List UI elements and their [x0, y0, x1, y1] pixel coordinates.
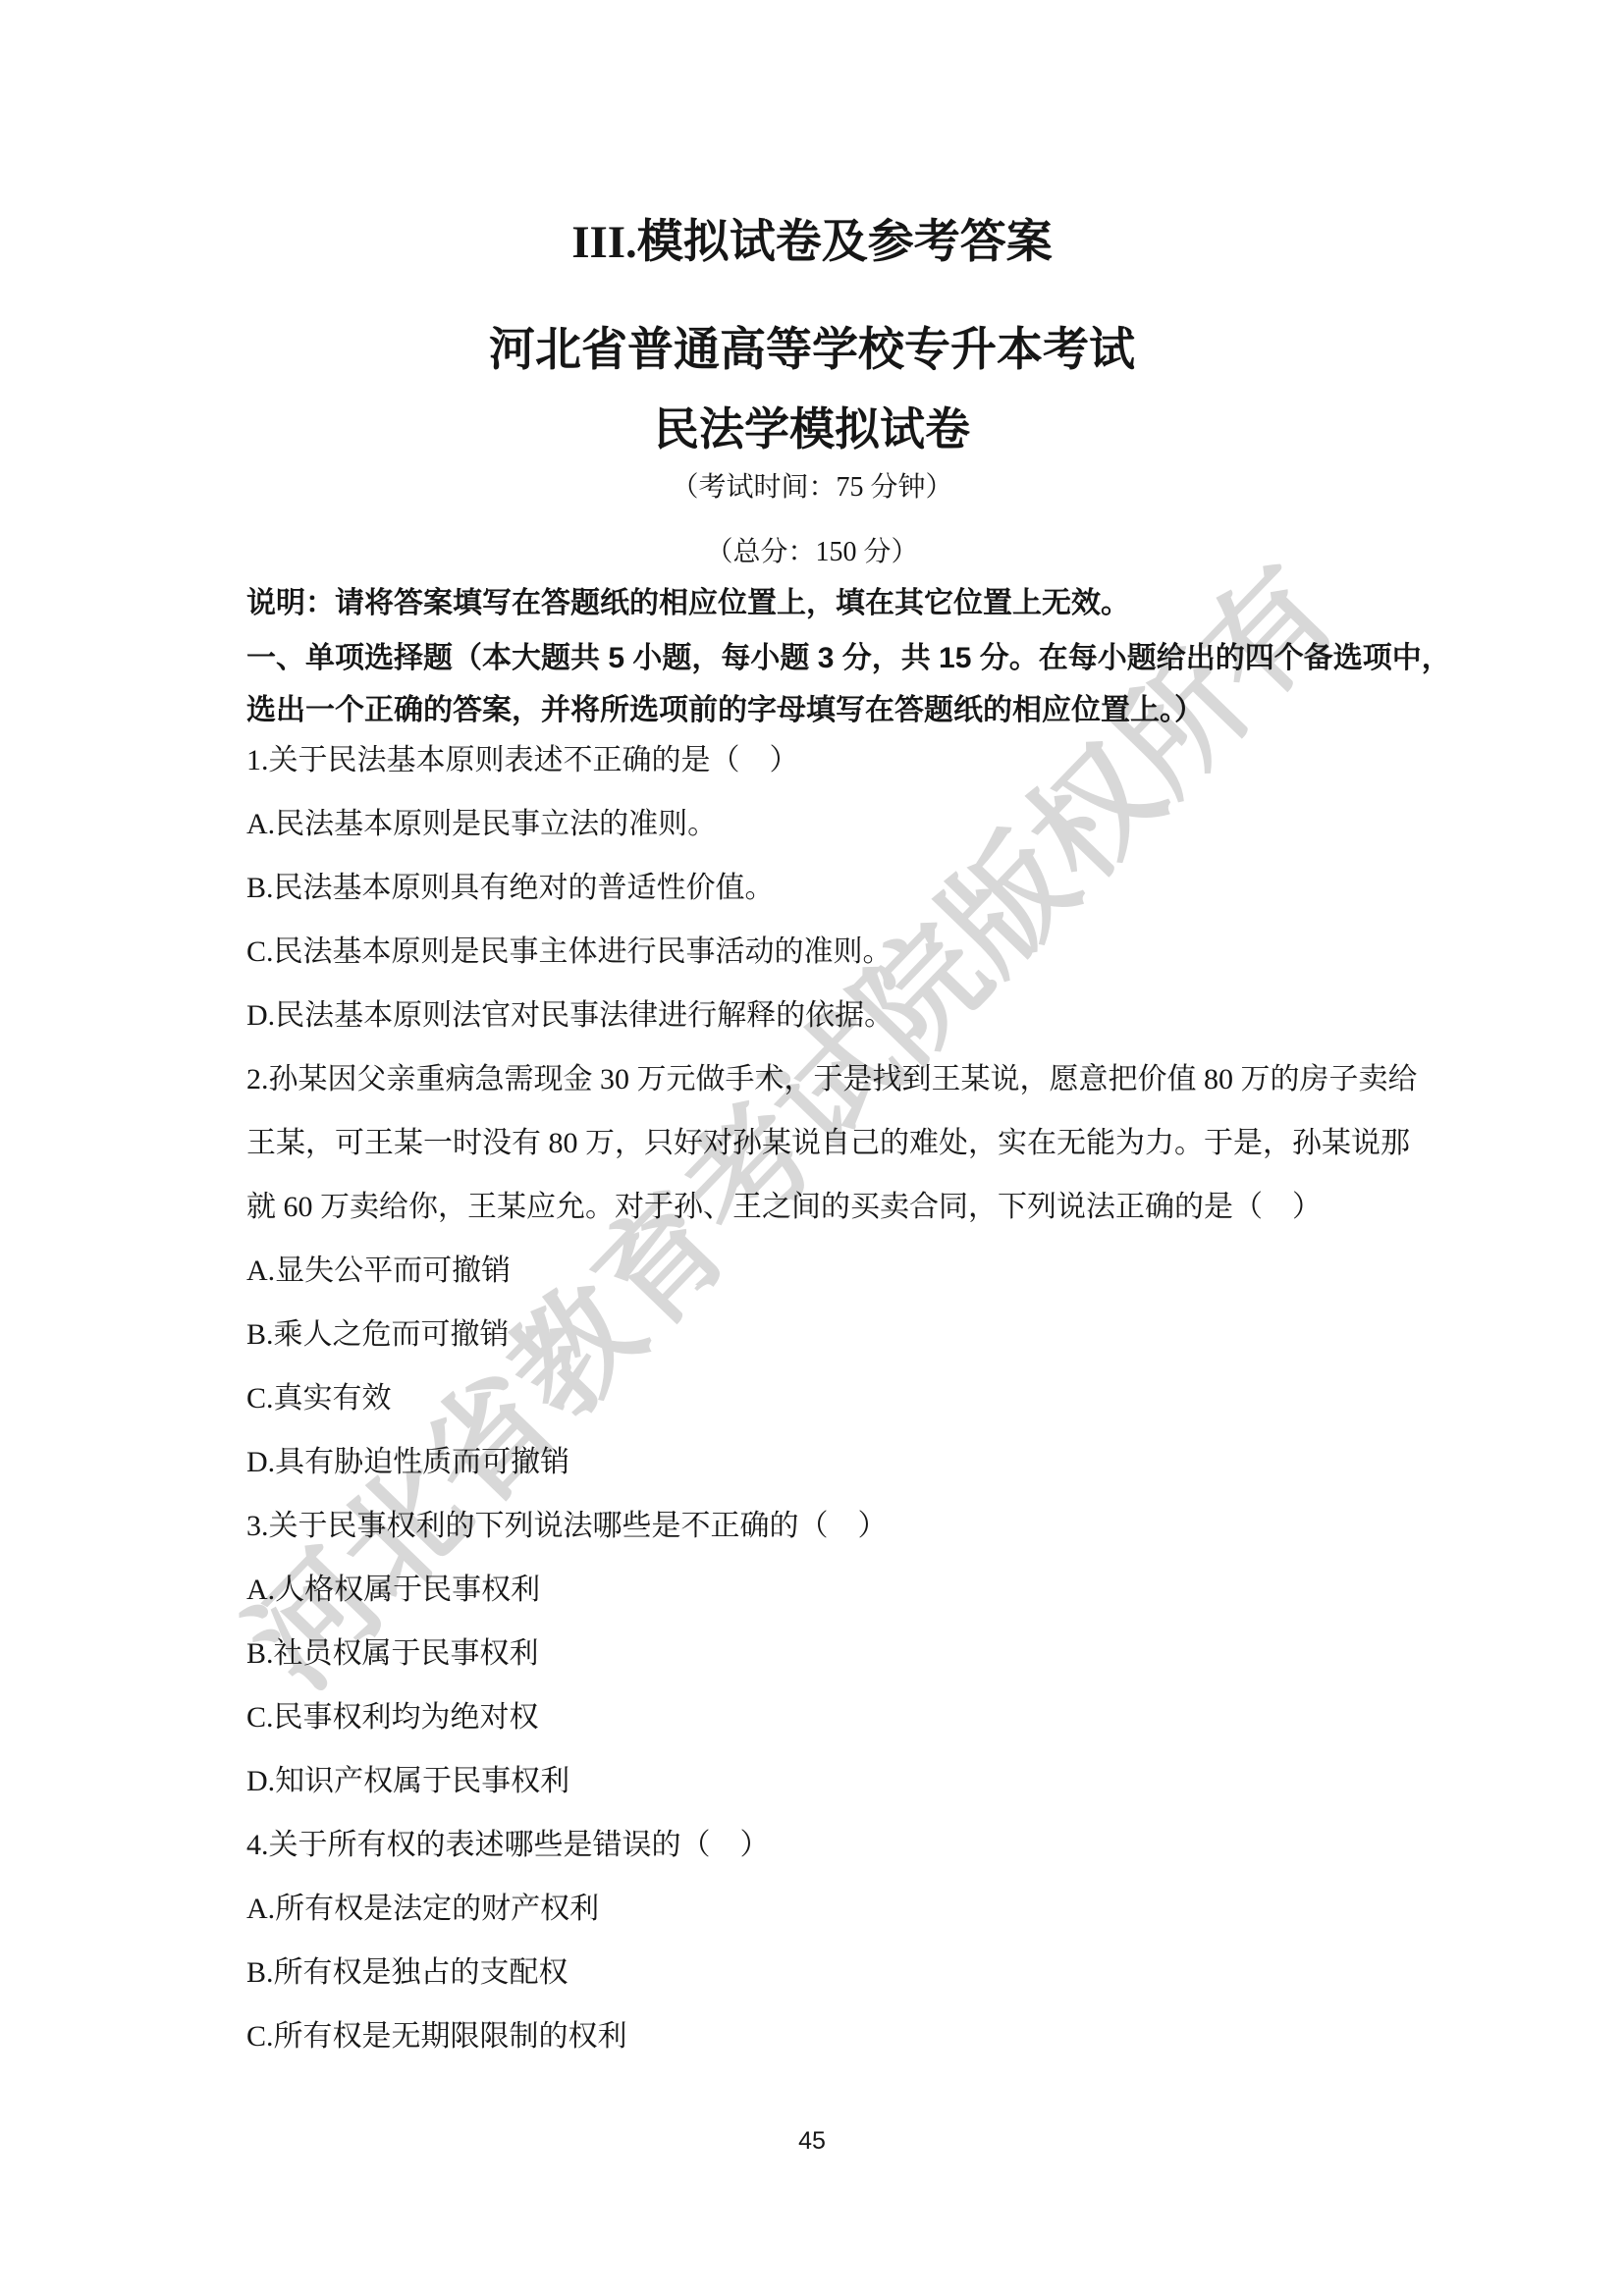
question-1-option-a: A.民法基本原则是民事立法的准则。: [246, 792, 1405, 856]
exam-time-line: （考试时间：75 分钟）: [0, 470, 1624, 506]
paper-title: 民法学模拟试卷: [0, 404, 1624, 454]
question-2-option-c: C.真实有效: [246, 1366, 1405, 1430]
doc-section-title: III.模拟试卷及参考答案: [0, 217, 1624, 268]
question-1-option-c: C.民法基本原则是民事主体进行民事活动的准则。: [246, 920, 1405, 984]
question-1-stem: 1.关于民法基本原则表述不正确的是（ ）: [246, 728, 1405, 792]
question-2-option-b: B.乘人之危而可撤销: [246, 1303, 1405, 1366]
question-2-option-d: D.具有胁迫性质而可撤销: [246, 1430, 1405, 1494]
question-2-stem-line-1: 2.孙某因父亲重病急需现金 30 万元做手术，于是找到王某说，愿意把价值 80 …: [246, 1047, 1405, 1111]
section-one-heading-line-1: 一、单项选择题（本大题共 5 小题，每小题 3 分，共 15 分。在每小题给出的…: [246, 632, 1405, 684]
question-1-option-d: D.民法基本原则法官对民事法律进行解释的依据。: [246, 984, 1405, 1047]
question-3-option-d: D.知识产权属于民事权利: [246, 1749, 1405, 1813]
document-page: 河北省教育考试院版权所有 III.模拟试卷及参考答案 河北省普通高等学校专升本考…: [0, 0, 1624, 2296]
question-3-option-c: C.民事权利均为绝对权: [246, 1685, 1405, 1749]
question-4-option-a: A.所有权是法定的财产权利: [246, 1877, 1405, 1941]
total-score-line: （总分：150 分）: [0, 535, 1624, 570]
questions-block: 1.关于民法基本原则表述不正确的是（ ） A.民法基本原则是民事立法的准则。 B…: [246, 728, 1405, 2068]
question-1-option-b: B.民法基本原则具有绝对的普适性价值。: [246, 856, 1405, 920]
question-4-option-c: C.所有权是无期限限制的权利: [246, 2004, 1405, 2068]
page-number: 45: [0, 2126, 1624, 2156]
question-3-option-a: A.人格权属于民事权利: [246, 1558, 1405, 1622]
question-3-option-b: B.社员权属于民事权利: [246, 1622, 1405, 1685]
section-one-heading: 一、单项选择题（本大题共 5 小题，每小题 3 分，共 15 分。在每小题给出的…: [246, 632, 1405, 736]
question-2-option-a: A.显失公平而可撤销: [246, 1239, 1405, 1303]
exam-name-title: 河北省普通高等学校专升本考试: [0, 324, 1624, 375]
instructions-note: 说明：请将答案填写在答题纸的相应位置上，填在其它位置上无效。: [246, 585, 1130, 622]
question-2-stem-line-3: 就 60 万卖给你，王某应允。对于孙、王之间的买卖合同，下列说法正确的是（ ）: [246, 1175, 1405, 1239]
question-2-stem-line-2: 王某，可王某一时没有 80 万，只好对孙某说自己的难处，实在无能为力。于是，孙某…: [246, 1111, 1405, 1175]
question-4-stem: 4.关于所有权的表述哪些是错误的（ ）: [246, 1813, 1405, 1877]
question-3-stem: 3.关于民事权利的下列说法哪些是不正确的（ ）: [246, 1494, 1405, 1558]
question-4-option-b: B.所有权是独占的支配权: [246, 1941, 1405, 2004]
